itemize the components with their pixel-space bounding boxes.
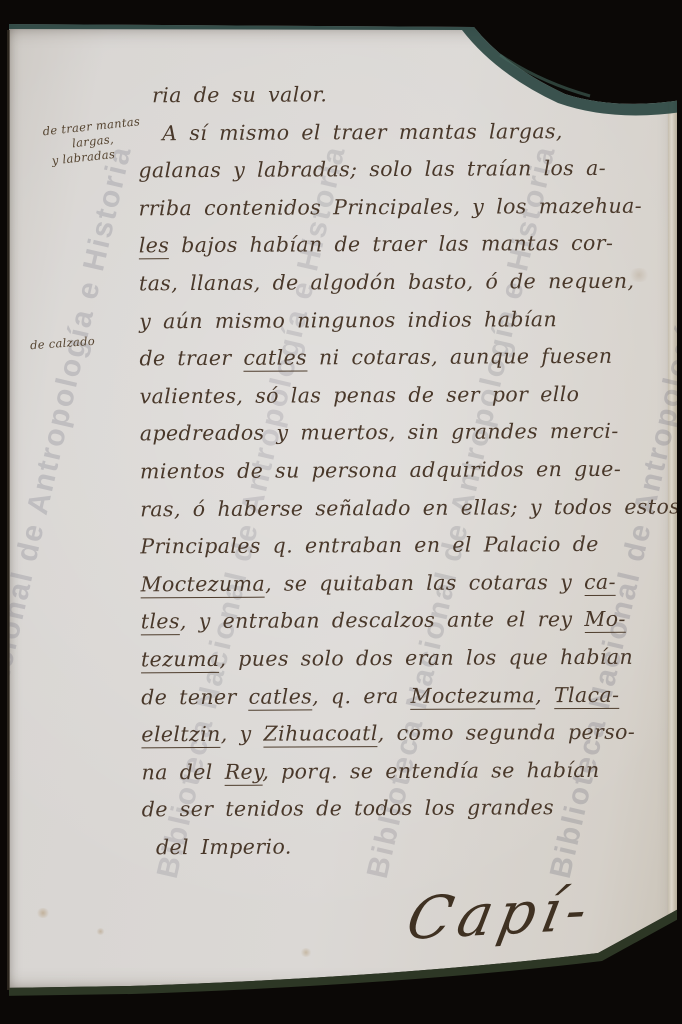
manuscript-line: na del Rey, porq. se entendía se habían — [141, 751, 646, 791]
manuscript-line: tles, y entraban descalzos ante el rey M… — [141, 601, 646, 641]
manuscript-line: del Imperio. — [156, 827, 647, 867]
manuscript-line: de ser tenidos de todos los grandes — [142, 789, 647, 829]
manuscript-text: ria de su valor.A sí mismo el traer mant… — [138, 75, 647, 867]
manuscript-line: eleltzin, y Zihuacoatl, como segunda per… — [141, 714, 646, 754]
manuscript-line: tezuma, pues solo dos eran los que había… — [141, 639, 646, 679]
catchword: Capí- — [401, 875, 598, 953]
scanned-manuscript-page: Biblioteca Nacional de Antropología e Hi… — [0, 0, 682, 1024]
manuscript-line: ras, ó haberse señalado en ellas; y todo… — [140, 488, 645, 528]
manuscript-line: A sí mismo el traer mantas largas, — [162, 112, 643, 152]
manuscript-line: y aún mismo ningunos indios habían — [139, 300, 644, 340]
manuscript-line: ria de su valor. — [152, 75, 643, 115]
manuscript-line: de tener catles, q. era Moctezuma, Tlaca… — [141, 676, 646, 716]
manuscript-line: Principales q. entraban en el Palacio de — [140, 526, 645, 566]
manuscript-line: tas, llanas, de algodón basto, ó de nequ… — [139, 263, 644, 303]
manuscript-line: de traer catles ni cotaras, aunque fuese… — [139, 338, 644, 378]
manuscript-line: galanas y labradas; solo las traían los … — [138, 150, 643, 190]
manuscript-line: valientes, só las penas de ser por ello — [140, 375, 645, 415]
manuscript-line: mientos de su persona adquiridos en gue- — [140, 451, 645, 491]
manuscript-line: les bajos habían de traer las mantas cor… — [139, 225, 644, 265]
manuscript-line: Moctezuma, se quitaban las cotaras y ca- — [140, 563, 645, 603]
manuscript-line: apedreados y muertos, sin grandes merci- — [140, 413, 645, 453]
page-stack-edge — [668, 94, 677, 974]
manuscript-line: rriba contenidos Principales, y los maze… — [139, 187, 644, 227]
